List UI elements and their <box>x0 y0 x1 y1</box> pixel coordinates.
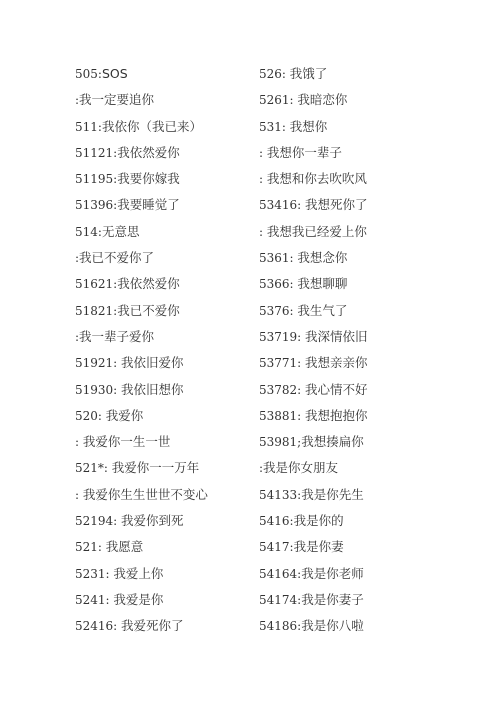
entry-meaning: 我是你妻 <box>294 539 344 554</box>
entry-meaning: 我要你嫁我 <box>117 171 180 186</box>
entry-meaning: 我爱你 <box>106 408 144 423</box>
code-entry: 53771: 我想亲亲你 <box>259 352 459 378</box>
entry-meaning: 我是你老师 <box>301 566 364 581</box>
entry-code: 54186: <box>259 619 301 633</box>
entry-code: 51621: <box>75 277 117 291</box>
entry-code: 53881: <box>259 409 305 423</box>
entry-code: 5416: <box>259 514 294 528</box>
code-entry: 511:我依你（我已来） <box>75 116 255 142</box>
entry-meaning: 我已不爱你了 <box>79 250 154 265</box>
entry-code: 53981; <box>259 435 301 449</box>
code-entry: : 我想和你去吹吹风 <box>259 168 459 194</box>
entry-code: : <box>259 146 267 160</box>
entry-meaning: 我想抱抱你 <box>305 408 368 423</box>
entry-meaning: 我想我已经爱上你 <box>267 224 367 239</box>
code-entry: 51396:我要睡觉了 <box>75 194 255 220</box>
right-column: 526: 我饿了5261: 我暗恋你531: 我想你: 我想你一辈子: 我想和你… <box>259 63 459 642</box>
entry-meaning: 我依你（我已来） <box>102 119 202 134</box>
entry-meaning: 我心情不好 <box>305 382 368 397</box>
code-entry: 52194: 我爱你到死 <box>75 510 255 536</box>
entry-code: 52194: <box>75 514 121 528</box>
code-entry: 51821:我已不爱你 <box>75 300 255 326</box>
entry-code: 51930: <box>75 383 121 397</box>
code-entry: 54164:我是你老师 <box>259 563 459 589</box>
code-entry: 531: 我想你 <box>259 116 459 142</box>
entry-code: 514: <box>75 225 102 239</box>
code-entry: 505:SOS <box>75 63 255 89</box>
entry-meaning: 我爱你到死 <box>121 513 184 528</box>
entry-code: 53416: <box>259 198 305 212</box>
entry-code: 53719: <box>259 330 305 344</box>
code-entry: 5241: 我爱是你 <box>75 589 255 615</box>
code-entry: : 我爱你一生一世 <box>75 431 255 457</box>
entry-meaning: 我想死你了 <box>305 197 368 212</box>
entry-meaning: 我爱是你 <box>113 592 163 607</box>
entry-meaning: 我是你先生 <box>301 487 364 502</box>
entry-meaning: 我饿了 <box>290 66 328 81</box>
code-entry: 521: 我愿意 <box>75 536 255 562</box>
entry-meaning: 我愿意 <box>106 539 144 554</box>
code-entry: 51195:我要你嫁我 <box>75 168 255 194</box>
entry-meaning: SOS <box>102 66 128 81</box>
code-entry: 5416:我是你的 <box>259 510 459 536</box>
entry-code: 5366: <box>259 277 297 291</box>
entry-code: 51821: <box>75 304 117 318</box>
entry-code: 526: <box>259 67 290 81</box>
code-entry: 53416: 我想死你了 <box>259 194 459 220</box>
entry-meaning: 我是你八啦 <box>301 618 364 633</box>
entry-meaning: 我爱死你了 <box>121 618 184 633</box>
entry-meaning: 我一辈子爱你 <box>79 329 154 344</box>
code-entry: 52416: 我爱死你了 <box>75 615 255 641</box>
code-entry: 5417:我是你妻 <box>259 536 459 562</box>
entry-code: 511: <box>75 120 102 134</box>
entry-meaning: 我是你的 <box>294 513 344 528</box>
entry-code: 505: <box>75 67 102 81</box>
entry-meaning: 我生气了 <box>297 303 347 318</box>
entry-meaning: 我已不爱你 <box>117 303 180 318</box>
code-entry: 521*: 我爱你一一万年 <box>75 457 255 483</box>
entry-code: 531: <box>259 120 290 134</box>
entry-meaning: 我依旧想你 <box>121 382 184 397</box>
entry-meaning: 我想聊聊 <box>297 276 347 291</box>
entry-code: 53771: <box>259 356 305 370</box>
entry-meaning: 我是你女朋友 <box>263 460 338 475</box>
code-entry: 51921: 我依旧爱你 <box>75 352 255 378</box>
code-entry: 5231: 我爱上你 <box>75 563 255 589</box>
left-column: 505:SOS:我一定要追你511:我依你（我已来）51121:我依然爱你511… <box>75 63 255 642</box>
entry-code: 52416: <box>75 619 121 633</box>
document-page: 505:SOS:我一定要追你511:我依你（我已来）51121:我依然爱你511… <box>0 0 500 708</box>
code-entry: : 我爱你生生世世不变心 <box>75 484 255 510</box>
code-entry: 51930: 我依旧想你 <box>75 379 255 405</box>
code-entry: 51121:我依然爱你 <box>75 142 255 168</box>
entry-meaning: 我想亲亲你 <box>305 355 368 370</box>
entry-meaning: 我想念你 <box>297 250 347 265</box>
entry-meaning: 我想你一辈子 <box>267 145 342 160</box>
code-entry: :我已不爱你了 <box>75 247 255 273</box>
code-entry: 53881: 我想抱抱你 <box>259 405 459 431</box>
entry-meaning: 我一定要追你 <box>79 92 154 107</box>
code-entry: 5376: 我生气了 <box>259 300 459 326</box>
entry-code: 51195: <box>75 172 117 186</box>
entry-meaning: 我爱你生生世世不变心 <box>83 487 208 502</box>
code-entry: 54133:我是你先生 <box>259 484 459 510</box>
entry-code: 5376: <box>259 304 297 318</box>
entry-code: : <box>259 225 267 239</box>
entry-code: 54174: <box>259 593 301 607</box>
code-entry: :我一定要追你 <box>75 89 255 115</box>
entry-code: 54164: <box>259 567 301 581</box>
code-entry: 51621:我依然爱你 <box>75 273 255 299</box>
entry-meaning: 我依旧爱你 <box>121 355 184 370</box>
entry-code: 5361: <box>259 251 297 265</box>
entry-code: 51121: <box>75 146 117 160</box>
entry-code: 5417: <box>259 540 294 554</box>
code-entry: 53719: 我深情依旧 <box>259 326 459 352</box>
entry-meaning: 我爱上你 <box>113 566 163 581</box>
entry-meaning: 我爱你一生一世 <box>83 434 171 449</box>
code-entry: :我一辈子爱你 <box>75 326 255 352</box>
code-entry: : 我想你一辈子 <box>259 142 459 168</box>
entry-meaning: 我依然爱你 <box>117 145 180 160</box>
entry-meaning: 我爱你一一万年 <box>112 460 200 475</box>
code-entry: : 我想我已经爱上你 <box>259 221 459 247</box>
entry-code: 520: <box>75 409 106 423</box>
code-entry: :我是你女朋友 <box>259 457 459 483</box>
code-entry: 514:无意思 <box>75 221 255 247</box>
entry-code: 5241: <box>75 593 113 607</box>
entry-code: : <box>259 172 267 186</box>
entry-code: 51921: <box>75 356 121 370</box>
code-entry: 53981;我想揍扁你 <box>259 431 459 457</box>
code-entry: 54186:我是你八啦 <box>259 615 459 641</box>
entry-code: : <box>75 488 83 502</box>
code-entry: 5366: 我想聊聊 <box>259 273 459 299</box>
entry-meaning: 我想和你去吹吹风 <box>267 171 367 186</box>
code-entry: 526: 我饿了 <box>259 63 459 89</box>
code-entry: 5361: 我想念你 <box>259 247 459 273</box>
entry-meaning: 我想你 <box>290 119 328 134</box>
code-entry: 54174:我是你妻子 <box>259 589 459 615</box>
entry-meaning: 无意思 <box>102 224 140 239</box>
code-entry: 53782: 我心情不好 <box>259 379 459 405</box>
entry-code: 5231: <box>75 567 113 581</box>
entry-code: 53782: <box>259 383 305 397</box>
entry-code: 521: <box>75 540 106 554</box>
entry-meaning: 我是你妻子 <box>301 592 364 607</box>
entry-code: 521*: <box>75 461 112 475</box>
entry-code: 54133: <box>259 488 301 502</box>
entry-code: : <box>75 435 83 449</box>
entry-meaning: 我暗恋你 <box>297 92 347 107</box>
code-entry: 520: 我爱你 <box>75 405 255 431</box>
entry-code: 51396: <box>75 198 117 212</box>
entry-meaning: 我依然爱你 <box>117 276 180 291</box>
code-entry: 5261: 我暗恋你 <box>259 89 459 115</box>
entry-meaning: 我要睡觉了 <box>117 197 180 212</box>
entry-code: 5261: <box>259 93 297 107</box>
entry-meaning: 我想揍扁你 <box>301 434 364 449</box>
entry-meaning: 我深情依旧 <box>305 329 368 344</box>
